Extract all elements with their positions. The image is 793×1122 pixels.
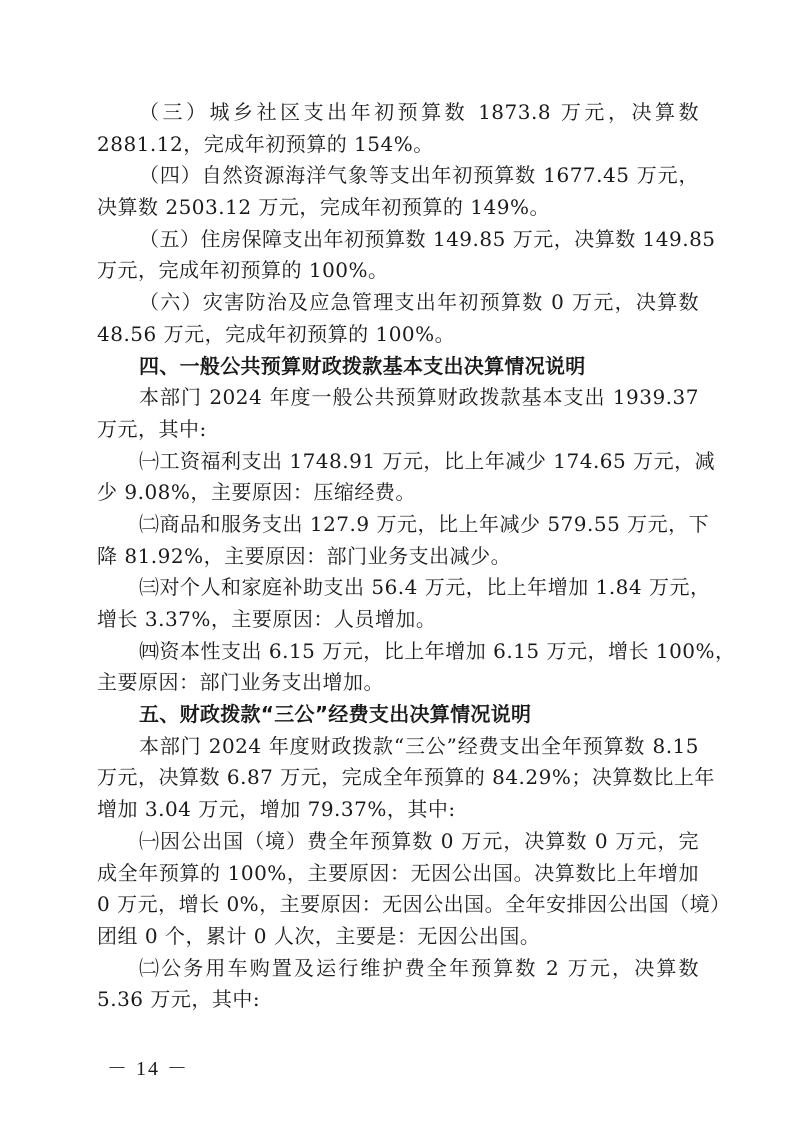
paragraph-line: 降 81.92%，主要原因：部门业务支出减少。 [97,541,699,573]
paragraph-line: 少 9.08%，主要原因：压缩经费。 [97,477,699,509]
paragraph-line: （六）灾害防治及应急管理支出年初预算数 0 万元，决算数 [97,287,699,319]
section-heading-5: 五、财政拨款“三公”经费支出决算情况说明 [97,699,699,731]
paragraph-line: ㈠工资福利支出 1748.91 万元，比上年减少 174.65 万元，减 [97,446,699,478]
paragraph-line: （五）住房保障支出年初预算数 149.85 万元，决算数 149.85 [97,224,699,256]
paragraph-line: 决算数 2503.12 万元，完成年初预算的 149%。 [97,192,699,224]
paragraph-line: 本部门 2024 年度一般公共预算财政拨款基本支出 1939.37 [97,382,699,414]
paragraph-line: ㈡公务用车购置及运行维护费全年预算数 2 万元，决算数 [97,953,699,985]
paragraph-line: ㈢对个人和家庭补助支出 56.4 万元，比上年增加 1.84 万元， [97,572,699,604]
paragraph-line: 主要原因：部门业务支出增加。 [97,667,699,699]
paragraph-line: （四）自然资源海洋气象等支出年初预算数 1677.45 万元， [97,160,699,192]
paragraph-line: 团组 0 个，累计 0 人次，主要是：无因公出国。 [97,921,699,953]
paragraph-line: 万元，决算数 6.87 万元，完成全年预算的 84.29%；决算数比上年 [97,762,699,794]
paragraph-line: 增加 3.04 万元，增加 79.37%，其中: [97,794,699,826]
paragraph-line: 48.56 万元，完成年初预算的 100%。 [97,319,699,351]
paragraph-line: ㈠因公出国（境）费全年预算数 0 万元，决算数 0 万元，完 [97,826,699,858]
paragraph-line: （三）城乡社区支出年初预算数 1873.8 万元，决算数 [97,97,699,129]
paragraph-line: 5.36 万元，其中: [97,984,699,1016]
section-heading-4: 四、一般公共预算财政拨款基本支出决算情况说明 [97,351,699,383]
paragraph-line: 本部门 2024 年度财政拨款“三公”经费支出全年预算数 8.15 [97,731,699,763]
paragraph-line: ㈡商品和服务支出 127.9 万元，比上年减少 579.55 万元，下 [97,509,699,541]
paragraph-line: 2881.12，完成年初预算的 154%。 [97,129,699,161]
paragraph-line: 成全年预算的 100%，主要原因：无因公出国。决算数比上年增加 [97,858,699,890]
document-body: （三）城乡社区支出年初预算数 1873.8 万元，决算数 2881.12，完成年… [97,97,699,1016]
paragraph-line: 万元，完成年初预算的 100%。 [97,255,699,287]
page-number: － 14 － [107,1052,189,1081]
paragraph-line: 增长 3.37%，主要原因：人员增加。 [97,604,699,636]
paragraph-line: ㈣资本性支出 6.15 万元，比上年增加 6.15 万元，增长 100%， [97,636,699,668]
paragraph-line: 0 万元，增长 0%，主要原因：无因公出国。全年安排因公出国（境） [97,889,699,921]
paragraph-line: 万元，其中: [97,414,699,446]
